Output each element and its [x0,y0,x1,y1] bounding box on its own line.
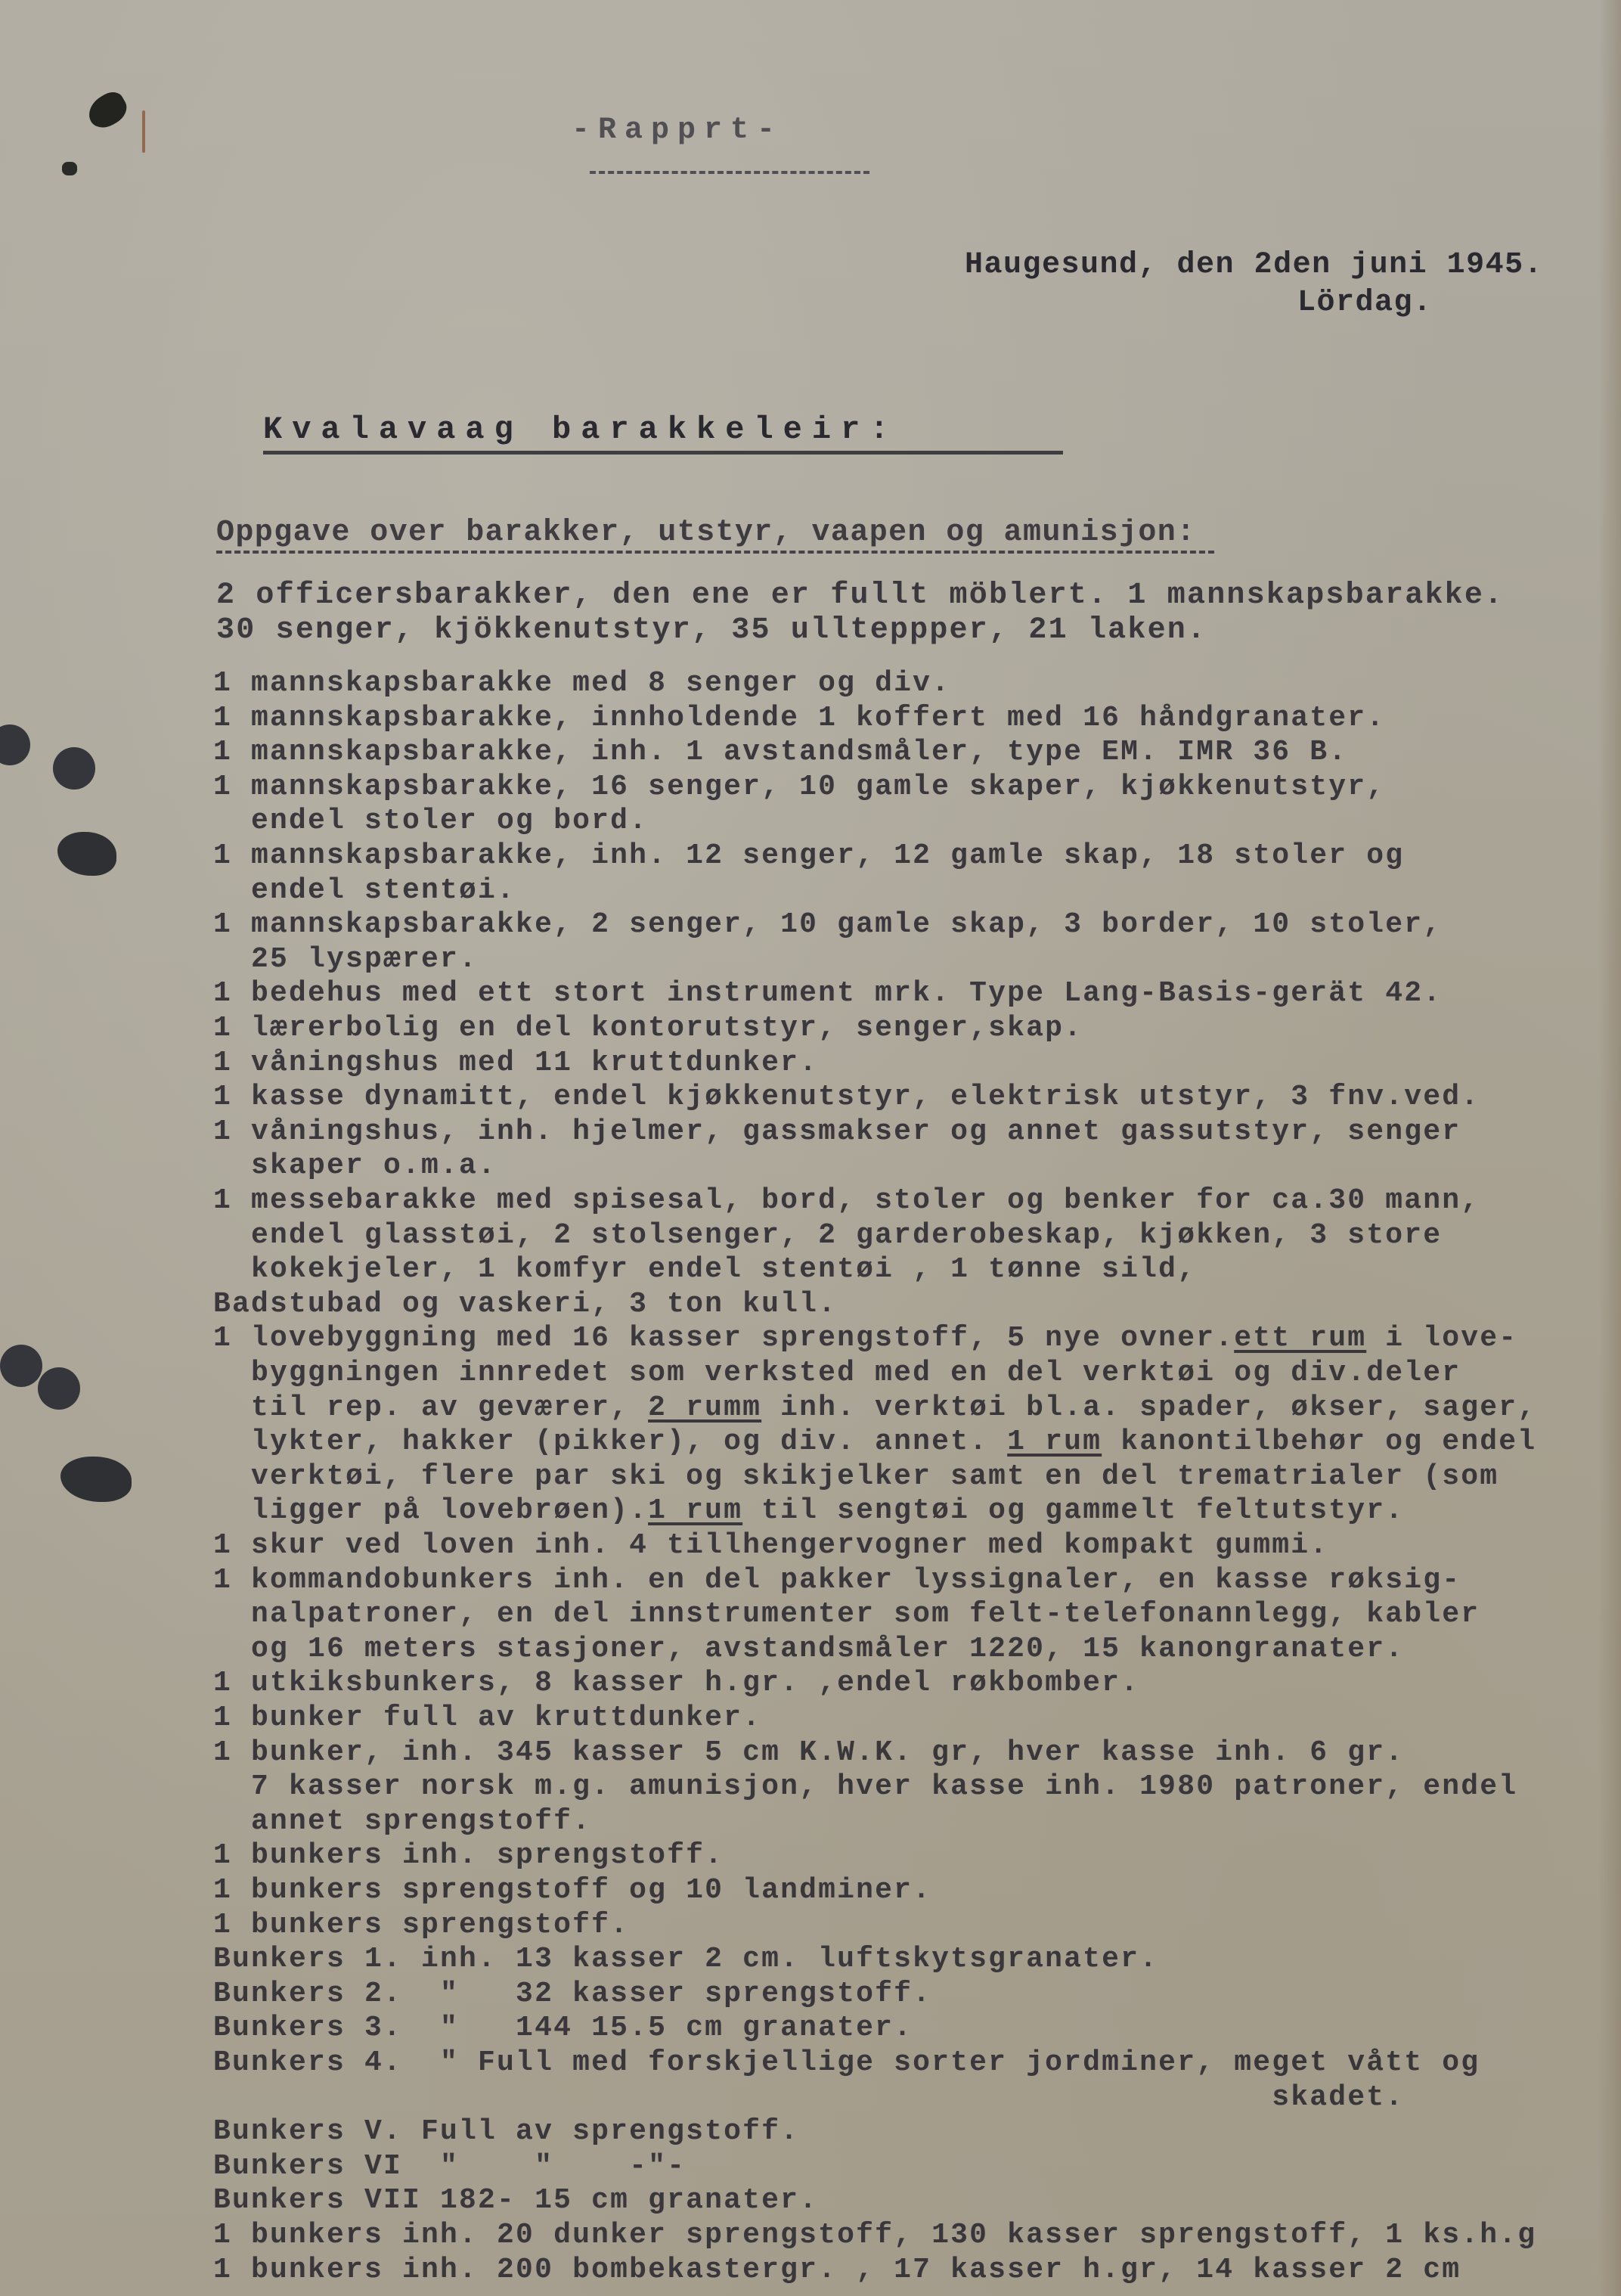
inventory-line-text: 1 mannskapsbarakke, innholdende 1 koffer… [213,702,1385,734]
inventory-line-text: Bunkers VII 182- 15 cm granater. [213,2184,818,2217]
underlined-text: ett rum [1234,1322,1366,1354]
heading-underline [263,451,1063,455]
inventory-line-text: i love- [1366,1322,1517,1354]
inventory-line: 1 mannskapsbarakke, inh. 1 avstandsmåler… [213,736,1347,769]
intro-line: 2 officersbarakker, den ene er fullt möb… [216,579,1504,613]
underlined-text: 1 rum [1007,1426,1102,1458]
inventory-line-text: endel stoler og bord. [213,805,648,837]
inventory-line-text: 1 bunkers inh. 20 dunker sprengstoff, 13… [213,2219,1536,2251]
inventory-line-text: nalpatroner, en del innstrumenter som fe… [213,1598,1480,1630]
intro-line: 30 senger, kjökkenutstyr, 35 ullteppper,… [216,614,1207,647]
inventory-line: Bunkers 4. " Full med forskjellige sorte… [213,2046,1480,2080]
inventory-line-text: 1 bunkers inh. sprengstoff. [213,1839,724,1872]
inventory-line: kokekjeler, 1 komfyr endel stentøi , 1 t… [213,1253,1196,1286]
inventory-line-text: 1 kasse dynamitt, endel kjøkkenutstyr, e… [213,1081,1480,1113]
inventory-line: endel stoler og bord. [213,805,648,838]
inventory-line: 1 mannskapsbarakke, inh. 12 senger, 12 g… [213,839,1404,873]
inventory-line-text: inh. verktøi bl.a. spader, økser, sager, [761,1392,1536,1424]
inventory-line-text: endel glasstøi, 2 stolsenger, 2 garderob… [213,1219,1442,1252]
document-title: -Rapprt- [572,113,783,147]
inventory-line-text: verktøi, flere par ski og skikjelker sam… [213,1460,1499,1493]
inventory-line-text: 1 mannskapsbarakke, inh. 12 senger, 12 g… [213,839,1404,872]
inventory-line: verktøi, flere par ski og skikjelker sam… [213,1460,1499,1494]
inventory-line-text: 1 mannskapsbarakke, inh. 1 avstandsmåler… [213,736,1347,768]
inventory-line-text: 1 våningshus med 11 kruttdunker. [213,1047,818,1079]
subheading-underline [216,551,1214,554]
inventory-line: 1 utkiksbunkers, 8 kasser h.gr. ,endel r… [213,1667,1139,1700]
inventory-line: endel glasstøi, 2 stolsenger, 2 garderob… [213,1219,1442,1252]
punch-hole [0,1345,42,1387]
inventory-line-text: skaper o.m.a. [213,1150,497,1182]
inventory-line: annet sprengstoff. [213,1805,591,1838]
title-underline [590,171,869,177]
inventory-line: Bunkers 1. inh. 13 kasser 2 cm. luftskyt… [213,1943,1158,1976]
punch-hole [53,747,95,790]
inventory-line: 1 bunkers sprengstoff og 10 landminer. [213,1874,931,1907]
inventory-line-text: 1 bunker full av kruttdunker. [213,1702,761,1734]
inventory-line: 1 bunkers inh. 200 bombekastergr. , 17 k… [213,2254,1461,2287]
punch-hole [38,1367,80,1410]
inventory-line-text: 1 bunkers inh. 200 bombekastergr. , 17 k… [213,2254,1461,2286]
inventory-line-text: ligger på lovebrøen). [213,1494,648,1527]
inventory-line-text: endel stentøi. [213,874,516,907]
inventory-line: 1 bunkers inh. sprengstoff. [213,1839,724,1872]
inventory-line-text: til rep. av geværer, [213,1392,648,1424]
inventory-line-text: 1 mannskapsbarakke, 16 senger, 10 gamle … [213,771,1385,803]
inventory-line-text: 1 bedehus med ett stort instrument mrk. … [213,977,1442,1010]
place-date: Haugesund, den 2den juni 1945. [965,248,1543,282]
inventory-line-text: skadet. [213,2081,1404,2114]
inventory-line: 1 bedehus med ett stort instrument mrk. … [213,977,1442,1010]
inventory-line-text: 1 bunkers sprengstoff. [213,1909,629,1941]
underlined-text: 1 rum [648,1494,742,1527]
inventory-line-text: kokekjeler, 1 komfyr endel stentøi , 1 t… [213,1253,1196,1286]
paper-edge-shadow [1598,0,1621,2296]
inventory-line: 1 skur ved loven inh. 4 tillhengervogner… [213,1529,1328,1562]
inventory-line: 1 mannskapsbarakke, innholdende 1 koffer… [213,702,1385,735]
inventory-line-text: 7 kasser norsk m.g. amunisjon, hver kass… [213,1770,1517,1803]
inventory-line-text: 1 mannskapsbarakke med 8 senger og div. [213,667,950,700]
section-subheading: Oppgave over barakker, utstyr, vaapen og… [216,516,1196,550]
inventory-line: 1 lovebyggning med 16 kasser sprengstoff… [213,1322,1517,1355]
inventory-line-text: 1 våningshus, inh. hjelmer, gassmakser o… [213,1115,1461,1148]
inventory-line: skadet. [213,2081,1404,2114]
rust-mark [142,110,145,153]
inventory-line: Bunkers V. Full av sprengstoff. [213,2115,799,2149]
inventory-line-text: 1 mannskapsbarakke, 2 senger, 10 gamle s… [213,908,1442,941]
inventory-line-text: kanontilbehør og endel [1102,1426,1536,1458]
inventory-line-text: 1 bunkers sprengstoff og 10 landminer. [213,1874,931,1907]
inventory-line: Badstubad og vaskeri, 3 ton kull. [213,1288,837,1321]
inventory-line: Bunkers 2. " 32 kasser sprengstoff. [213,1978,931,2011]
inventory-line: Bunkers VI " " -"- [213,2150,686,2183]
inventory-line-text: Bunkers 1. inh. 13 kasser 2 cm. luftskyt… [213,1943,1158,1975]
inventory-line-text: 1 skur ved loven inh. 4 tillhengervogner… [213,1529,1328,1562]
inventory-line-text: 1 lærerbolig en del kontorutstyr, senger… [213,1012,1083,1044]
inventory-line: 1 våningshus, inh. hjelmer, gassmakser o… [213,1115,1461,1149]
inventory-line: Bunkers 3. " 144 15.5 cm granater. [213,2012,913,2045]
inventory-line: 1 messebarakke med spisesal, bord, stole… [213,1184,1480,1218]
inventory-line: 1 mannskapsbarakke, 2 senger, 10 gamle s… [213,908,1442,942]
inventory-line: 1 bunkers sprengstoff. [213,1909,629,1942]
weekday: Lördag. [1297,286,1433,320]
inventory-line-text: lykter, hakker (pikker), og div. annet. [213,1426,1007,1458]
inventory-line: ligger på lovebrøen).1 rum til sengtøi o… [213,1494,1404,1528]
inventory-line: 1 våningshus med 11 kruttdunker. [213,1047,818,1080]
inventory-line-text: Bunkers 2. " 32 kasser sprengstoff. [213,1978,931,2010]
inventory-line-text: Badstubad og vaskeri, 3 ton kull. [213,1288,837,1320]
inventory-line-text: 1 lovebyggning med 16 kasser sprengstoff… [213,1322,1234,1354]
inventory-line: 1 bunkers inh. 20 dunker sprengstoff, 13… [213,2219,1536,2252]
inventory-line-text: 25 lyspærer. [213,943,478,976]
inventory-line: til rep. av geværer, 2 rumm inh. verktøi… [213,1392,1536,1425]
inventory-line: 1 bunker full av kruttdunker. [213,1702,761,1735]
inventory-line: 1 kommandobunkers inh. en del pakker lys… [213,1564,1461,1597]
inventory-line: 25 lyspærer. [213,943,478,976]
inventory-line: 1 bunker, inh. 345 kasser 5 cm K.W.K. gr… [213,1736,1404,1770]
inventory-line-text: byggningen innredet som verksted med en … [213,1357,1461,1389]
inventory-line-text: 1 kommandobunkers inh. en del pakker lys… [213,1564,1461,1596]
inventory-line-text: og 16 meters stasjoner, avstandsmåler 12… [213,1633,1404,1665]
inventory-line: endel stentøi. [213,874,516,908]
inventory-line-text: Bunkers VI " " -"- [213,2150,686,2183]
inventory-line: 1 kasse dynamitt, endel kjøkkenutstyr, e… [213,1081,1480,1114]
inventory-line-text: Bunkers 4. " Full med forskjellige sorte… [213,2046,1480,2079]
inventory-line-text: 1 messebarakke med spisesal, bord, stole… [213,1184,1480,1217]
inventory-line: nalpatroner, en del innstrumenter som fe… [213,1598,1480,1631]
section-heading: Kvalavaag barakkeleir: [263,411,899,448]
inventory-line-text: Bunkers 3. " 144 15.5 cm granater. [213,2012,913,2044]
inventory-line-text: 1 utkiksbunkers, 8 kasser h.gr. ,endel r… [213,1667,1139,1699]
inventory-line: skaper o.m.a. [213,1150,497,1183]
inventory-line: lykter, hakker (pikker), og div. annet. … [213,1426,1536,1459]
inventory-line: og 16 meters stasjoner, avstandsmåler 12… [213,1633,1404,1666]
inventory-line-text: 1 bunker, inh. 345 kasser 5 cm K.W.K. gr… [213,1736,1404,1769]
underlined-text: 2 rumm [648,1392,761,1424]
inventory-line-text: Bunkers V. Full av sprengstoff. [213,2115,799,2148]
inventory-line: 1 lærerbolig en del kontorutstyr, senger… [213,1012,1083,1045]
inventory-line: 7 kasser norsk m.g. amunisjon, hver kass… [213,1770,1517,1804]
inventory-line: Bunkers VII 182- 15 cm granater. [213,2184,818,2217]
inventory-line-text: annet sprengstoff. [213,1805,591,1838]
paper-damage-speck [62,162,77,175]
inventory-line: byggningen innredet som verksted med en … [213,1357,1461,1390]
inventory-line-text: til sengtøi og gammelt feltutstyr. [742,1494,1404,1527]
inventory-line: 1 mannskapsbarakke med 8 senger og div. [213,667,950,700]
inventory-line: 1 mannskapsbarakke, 16 senger, 10 gamle … [213,771,1385,804]
